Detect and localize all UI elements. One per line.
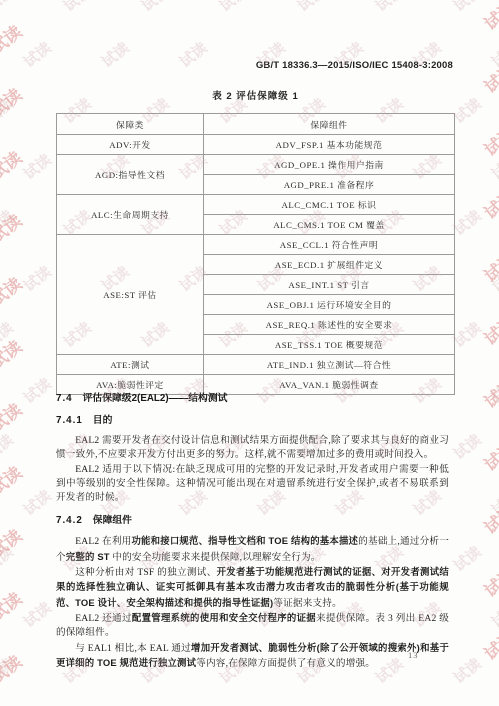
table-row: ASE:ST 评估ASE_CCL.1 符合性声明	[57, 235, 455, 255]
body-sections: 7.4评估保障级2(EAL2)——结构测试7.4.1目的EAL2 需要开发者在交…	[56, 390, 449, 671]
section-title: 目的	[93, 415, 113, 426]
standard-number-header: GB/T 18336.3—2015/ISO/IEC 15408-3:2008	[0, 60, 453, 71]
table-row: AGD:指导性文档AGD_OPE.1 操作用户指南	[57, 155, 455, 175]
section-number: 7.4	[56, 393, 73, 404]
assurance-component-cell: ADV_FSP.1 基本功能规范	[204, 135, 455, 155]
body-paragraph: EAL2 在利用功能和接口规范、指导性文档和 TOE 结构的基本描述的基础上,通…	[56, 534, 449, 565]
section-heading-7.4: 7.4评估保障级2(EAL2)——结构测试	[56, 390, 449, 404]
body-paragraph: EAL2 还通过配置管理系统的使用和安全交付程序的证据来提供保障。表 3 列出 …	[56, 611, 449, 641]
section-title: 保障组件	[93, 515, 132, 526]
body-paragraph: EAL2 适用于以下情况:在缺乏现成可用的完整的开发记录时,开发者或用户需要一种…	[56, 463, 449, 506]
assurance-component-cell: AGD_OPE.1 操作用户指南	[204, 155, 455, 175]
assurance-component-cell: ASE_ECD.1 扩展组件定义	[204, 255, 455, 275]
body-paragraph: 这种分析由对 TSF 的独立测试、开发者基于功能规范进行测试的证据、对开发者测试…	[56, 565, 449, 611]
assurance-component-cell: ASE_INT.1 ST 引言	[204, 275, 455, 295]
page-number: 13	[408, 650, 419, 660]
assurance-component-cell: ALC_CMS.1 TOE CM 覆盖	[204, 215, 455, 235]
table-row: ADV:开发ADV_FSP.1 基本功能规范	[57, 135, 455, 155]
column-header-assurance-class: 保障类	[57, 114, 204, 135]
assurance-component-cell: ASE_CCL.1 符合性声明	[204, 235, 455, 255]
assurance-component-cell: ASE_REQ.1 陈述性的安全要求	[204, 315, 455, 335]
document-page: GB/T 18336.3—2015/ISO/IEC 15408-3:2008 表…	[0, 0, 499, 706]
assurance-table: 保障类 保障组件 ADV:开发ADV_FSP.1 基本功能规范AGD:指导性文档…	[56, 113, 455, 395]
table-caption: 表 2 评估保障级 1	[56, 88, 455, 102]
assurance-component-cell: ASE_OBJ.1 运行环境安全目的	[204, 295, 455, 315]
assurance-component-cell: ALC_CMC.1 TOE 标识	[204, 195, 455, 215]
table-header-row: 保障类 保障组件	[57, 114, 455, 135]
assurance-component-cell: ASE_TSS.1 TOE 概要规范	[204, 335, 455, 355]
section-heading-7.4.2: 7.4.2保障组件	[56, 512, 449, 526]
section-number: 7.4.1	[56, 415, 83, 426]
assurance-class-cell: ATE:测试	[57, 355, 204, 375]
column-header-assurance-component: 保障组件	[204, 114, 455, 135]
assurance-component-cell: ATE_IND.1 独立测试—符合性	[204, 355, 455, 375]
assurance-class-cell: ALC:生命周期支持	[57, 195, 204, 235]
assurance-component-cell: AGD_PRE.1 准备程序	[204, 175, 455, 195]
section-heading-7.4.1: 7.4.1目的	[56, 412, 449, 426]
assurance-class-cell: ASE:ST 评估	[57, 235, 204, 355]
section-title: 评估保障级2(EAL2)——结构测试	[83, 393, 228, 404]
body-paragraph: EAL2 需要开发者在交付设计信息和测试结果方面提供配合,除了要求其与良好的商业…	[56, 434, 449, 463]
body-paragraph: 与 EAL1 相比,本 EAL 通过增加开发者测试、脆弱性分析(除了公开领域的搜…	[56, 641, 449, 672]
assurance-class-cell: AGD:指导性文档	[57, 155, 204, 195]
section-number: 7.4.2	[56, 515, 83, 526]
assurance-class-cell: ADV:开发	[57, 135, 204, 155]
table-row: ALC:生命周期支持ALC_CMC.1 TOE 标识	[57, 195, 455, 215]
table-row: ATE:测试ATE_IND.1 独立测试—符合性	[57, 355, 455, 375]
